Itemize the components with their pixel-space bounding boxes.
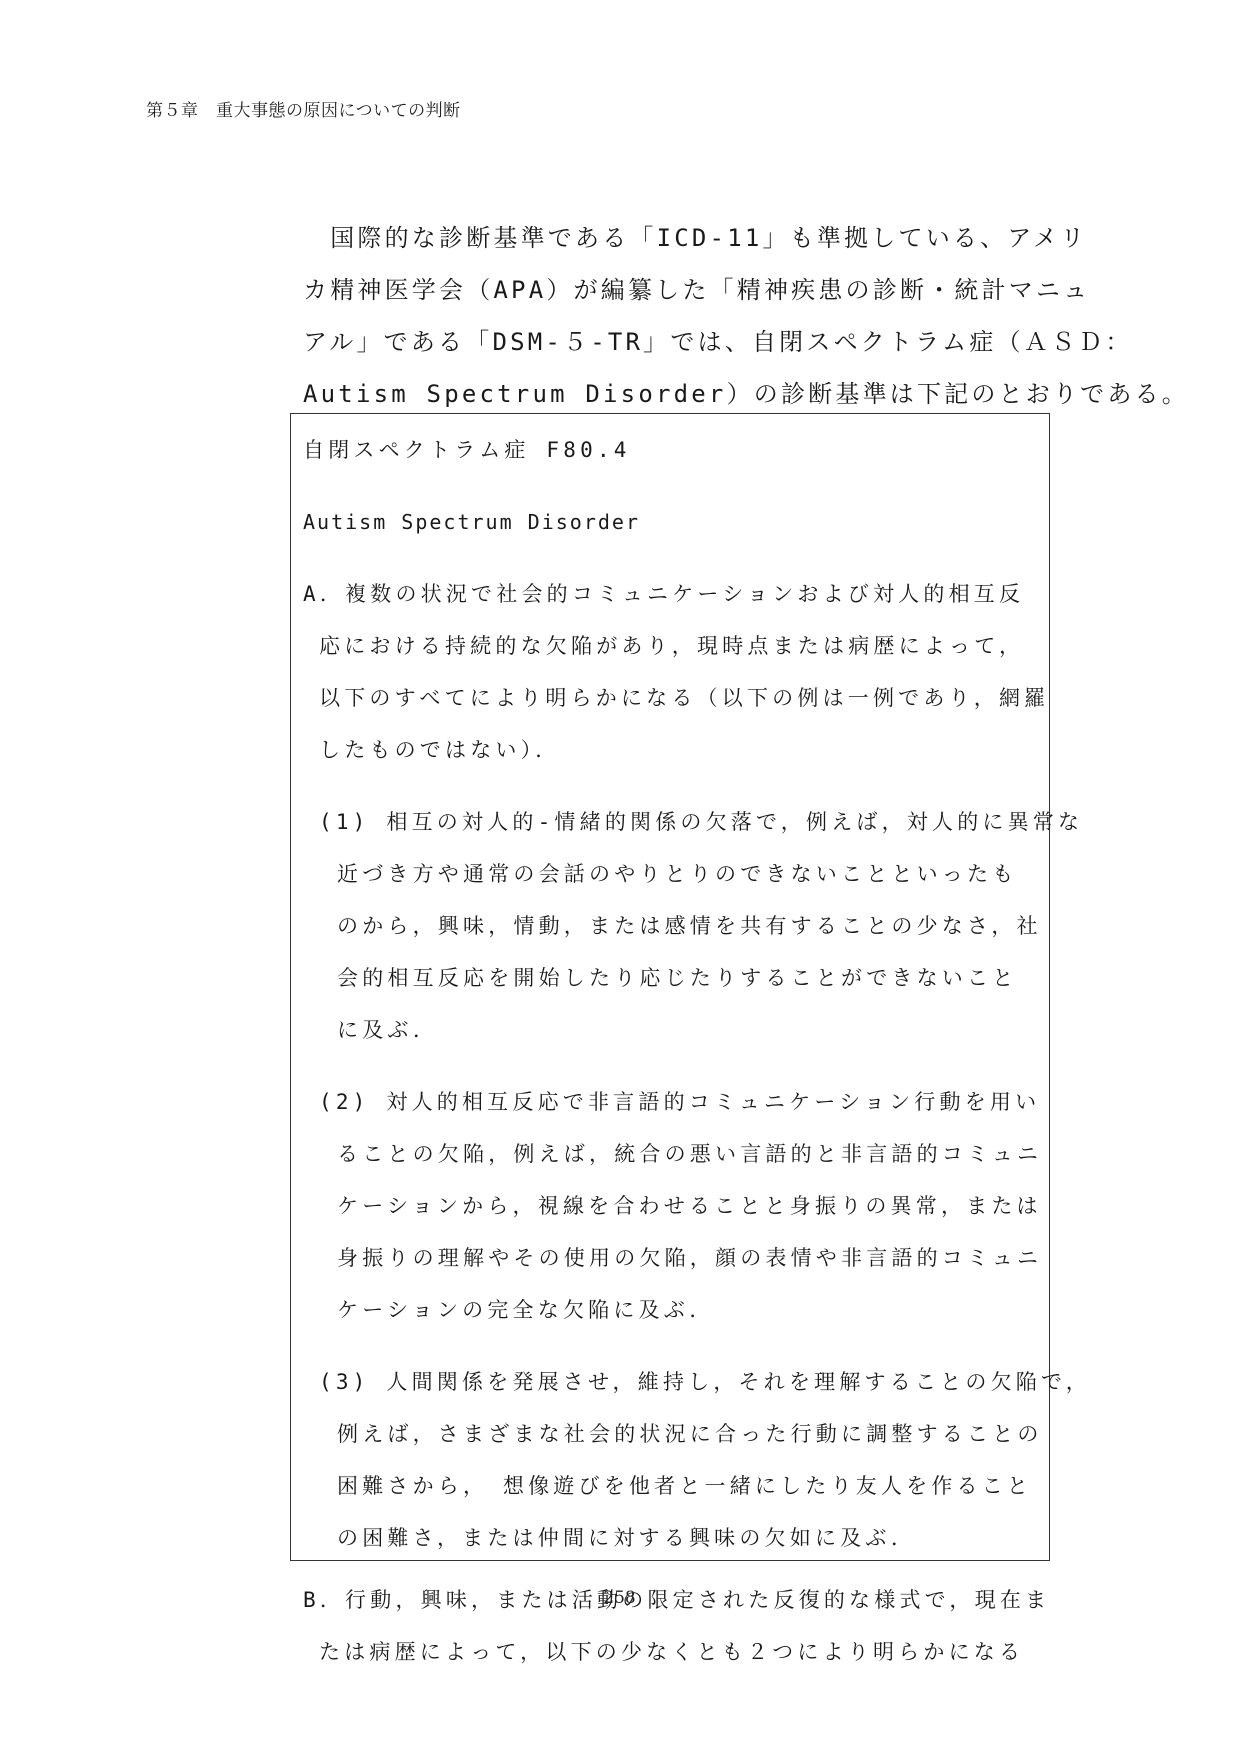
criterion-a-item-1: (1) 相互の対人的-情緒的関係の欠落で，例えば，対人的に異常な 近づき方や通常… [303, 796, 1043, 1056]
page-number: 258 [0, 1588, 1239, 1608]
item-line: に及ぶ． [303, 1004, 1043, 1056]
item-line: ケーションから，視線を合わせることと身振りの異常，または [303, 1180, 1043, 1232]
box-title-japanese: 自閉スペクトラム症 F80.4 [303, 424, 1043, 476]
criterion-a-item-2: (2) 対人的相互反応で非言語的コミュニケーション行動を用い ることの欠陥，例え… [303, 1076, 1043, 1336]
intro-line: 国際的な診断基準である「ICD-11」も準拠している、アメリ [303, 212, 1073, 264]
item-line: ケーションの完全な欠陥に及ぶ． [303, 1284, 1043, 1336]
criterion-a-line: 応における持続的な欠陥があり，現時点または病歴によって， [303, 620, 1043, 672]
item-line: (1) 相互の対人的-情緒的関係の欠落で，例えば，対人的に異常な [303, 796, 1043, 848]
chapter-title: 重大事態の原因についての判断 [216, 101, 461, 121]
box-title-english: Autism Spectrum Disorder [303, 496, 1043, 548]
criterion-a-line: 以下のすべてにより明らかになる（以下の例は一例であり，網羅 [303, 672, 1043, 724]
item-line: 近づき方や通常の会話のやりとりのできないことといったも [303, 848, 1043, 900]
item-line: のから，興味，情動，または感情を共有することの少なさ，社 [303, 900, 1043, 952]
item-line: の困難さ，または仲間に対する興味の欠如に及ぶ． [303, 1512, 1043, 1564]
criterion-a: A．複数の状況で社会的コミュニケーションおよび対人的相互反 応における持続的な欠… [303, 568, 1043, 776]
intro-line: カ精神医学会（APA）が編纂した「精神疾患の診断・統計マニュ [303, 264, 1073, 316]
item-line: 困難さから， 想像遊びを他者と一緒にしたり友人を作ること [303, 1460, 1043, 1512]
item-line: 例えば，さまざまな社会的状況に合った行動に調整することの [303, 1408, 1043, 1460]
diagnostic-criteria-box: 自閉スペクトラム症 F80.4 Autism Spectrum Disorder… [290, 413, 1050, 1561]
item-line: (3) 人間関係を発展させ，維持し，それを理解することの欠陥で， [303, 1356, 1043, 1408]
running-header: 第５章 重大事態の原因についての判断 [146, 96, 461, 121]
intro-paragraph: 国際的な診断基準である「ICD-11」も準拠している、アメリ カ精神医学会（AP… [303, 212, 1073, 420]
item-line: (2) 対人的相互反応で非言語的コミュニケーション行動を用い [303, 1076, 1043, 1128]
chapter-number: 第５章 [146, 101, 199, 121]
criterion-b-line: たは病歴によって，以下の少なくとも２つにより明らかになる [303, 1626, 1043, 1678]
intro-line: アル」である「DSM-５-TR」では、自閉スペクトラム症（ＡＳＤ： [303, 316, 1073, 368]
criterion-a-item-3: (3) 人間関係を発展させ，維持し，それを理解することの欠陥で， 例えば，さまざ… [303, 1356, 1043, 1564]
item-line: ることの欠陥，例えば，統合の悪い言語的と非言語的コミュニ [303, 1128, 1043, 1180]
criterion-a-line: したものではない）． [303, 724, 1043, 776]
item-line: 身振りの理解やその使用の欠陥，顔の表情や非言語的コミュニ [303, 1232, 1043, 1284]
criterion-a-line: A．複数の状況で社会的コミュニケーションおよび対人的相互反 [303, 568, 1043, 620]
item-line: 会的相互反応を開始したり応じたりすることができないこと [303, 952, 1043, 1004]
